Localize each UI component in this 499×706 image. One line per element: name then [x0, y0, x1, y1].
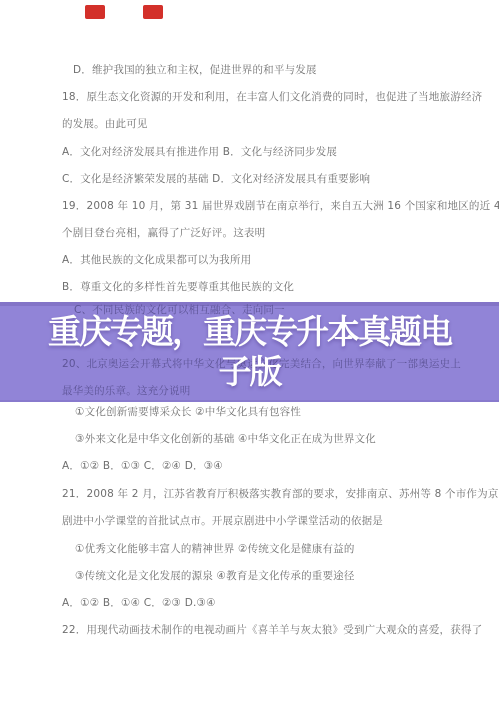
q17-option-d: D．维护我国的独立和主权，促进世界的和平与发展	[73, 64, 317, 77]
q20-item-1-2: ①文化创新需要博采众长 ②中华文化具有包容性	[75, 406, 301, 419]
q19-stem-line1: 19．2008 年 10 月，第 31 届世界戏剧节在南京举行，来自五大洲 16…	[62, 200, 499, 213]
q19-stem-line2: 个剧目登台亮相，赢得了广泛好评。这表明	[62, 227, 265, 240]
red-mark-left	[85, 5, 105, 19]
exam-document-page: D．维护我国的独立和主权，促进世界的和平与发展 18．原生态文化资源的开发和利用…	[0, 0, 499, 706]
q18-stem-line1: 18．原生态文化资源的开发和利用，在丰富人们文化消费的同时，也促进了当地旅游经济	[62, 91, 482, 104]
q18-options-cd: C．文化是经济繁荣发展的基础 D．文化对经济发展具有重要影响	[62, 173, 370, 186]
q19-option-a: A．其他民族的文化成果都可以为我所用	[62, 254, 251, 267]
q19-option-b: B．尊重文化的多样性首先要尊重其他民族的文化	[62, 281, 294, 294]
q18-stem-line2: 的发展。由此可见	[62, 118, 148, 131]
q21-stem-line2: 剧进中小学课堂的首批试点市。开展京剧进中小学课堂活动的依据是	[62, 515, 383, 528]
q21-item-1-2: ①优秀文化能够丰富人的精神世界 ②传统文化是健康有益的	[75, 543, 355, 556]
banner-title-line2: 子版	[219, 352, 281, 392]
q22-stem-line1: 22．用现代动画技术制作的电视动画片《喜羊羊与灰太狼》受到广大观众的喜爱，获得了	[62, 624, 482, 637]
q20-options: A．①② B．①③ C．②④ D．③④	[62, 460, 223, 473]
promo-banner-overlay: C、不同民族的文化可以相互融合、走向同一 20、北京奥运会开幕式将中华文化与奥运…	[0, 302, 499, 402]
banner-title-line1: 重庆专题，重庆专升本真题电	[48, 312, 451, 352]
red-mark-right	[143, 5, 163, 19]
q18-options-ab: A．文化对经济发展具有推进作用 B．文化与经济同步发展	[62, 146, 337, 159]
banner-title: 重庆专题，重庆专升本真题电 子版	[0, 302, 499, 402]
q21-options: A．①② B．①④ C．②③ D.③④	[62, 597, 216, 610]
q21-item-3-4: ③传统文化是文化发展的源泉 ④教育是文化传承的重要途径	[75, 570, 355, 583]
q20-item-3-4: ③外来文化是中华文化创新的基础 ④中华文化正在成为世界文化	[75, 433, 376, 446]
q21-stem-line1: 21．2008 年 2 月，江苏省教育厅积极落实教育部的要求，安排南京、苏州等 …	[62, 488, 499, 501]
